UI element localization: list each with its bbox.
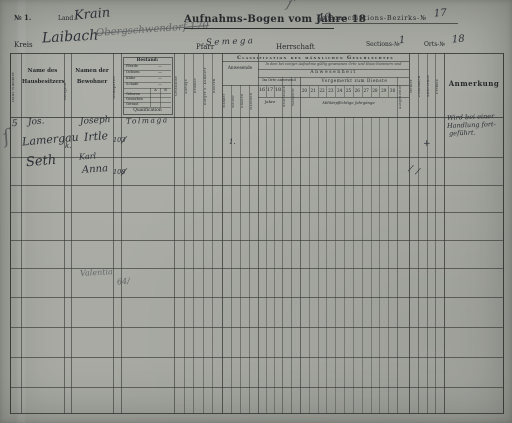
hw-year5: 64/: [117, 277, 131, 286]
grid-vline: [326, 117, 327, 414]
anwesenheit-header: Anwesenheit: [258, 70, 409, 75]
hw-inh5: Valentia: [80, 268, 113, 278]
grid-vline: [388, 117, 389, 414]
class-col-label-0: Geistliche: [175, 57, 183, 115]
age-cell: 26: [353, 89, 362, 94]
hw-land: Krain: [74, 6, 111, 22]
census-form-sheet: № 1. Land Aufnahms-Bogen vom Jahre 18 Co…: [0, 0, 512, 423]
mid-col-label-1: Wanderer: [292, 80, 300, 114]
hw-qual1: Tolmaga: [126, 116, 169, 125]
livestock-row-value: —: [158, 70, 162, 75]
vital-col-header: A: [151, 89, 160, 93]
livestock-row-label: Schafe: [126, 82, 138, 86]
age-cell: 25: [344, 89, 353, 94]
grid-vline: [397, 77, 398, 414]
grid-vline: [291, 77, 292, 414]
grid-vline: [362, 117, 363, 414]
grid-vline: [240, 85, 241, 414]
class-col-label-4: Bauern: [213, 57, 221, 115]
hw-slash1: /: [121, 136, 126, 146]
age-cell: 29: [379, 89, 388, 94]
grid-hline: [222, 61, 409, 62]
class-col-label-2: Beamte: [194, 57, 202, 115]
vital-row-label: Getraut: [126, 103, 138, 107]
grid-vline: [379, 117, 380, 414]
age-small-cell: 18: [274, 88, 282, 94]
anwesende-header: Anwesende: [222, 66, 258, 71]
age-cell: 23: [326, 89, 335, 94]
age-cell: 27: [362, 89, 371, 94]
livestock-row-value: —: [158, 82, 162, 87]
grid-vline: [266, 117, 267, 414]
grid-vline: [503, 53, 504, 414]
grid-hline: [10, 185, 503, 186]
hw-house-no: 5: [12, 120, 18, 129]
grid-vline: [249, 85, 250, 414]
hw-owner2: Seth: [25, 154, 56, 170]
livestock-row-label: Ochsen: [126, 70, 140, 74]
hw-mark-b: /: [415, 168, 420, 177]
hw-district-no: 17: [434, 9, 447, 20]
grid-hline: [10, 413, 503, 414]
hw-religion1: k.: [65, 143, 71, 150]
grid-vline: [300, 77, 301, 414]
anwesende-col-label-0: Männer: [223, 87, 231, 115]
livestock-title: Bestand:: [123, 58, 172, 63]
hw-year: 46: [317, 12, 332, 24]
grid-hline: [10, 53, 503, 54]
grid-vline: [21, 53, 22, 414]
right-col-label-1: Zusammen: [418, 57, 426, 115]
anwesende-col-label-1: Weiber: [232, 87, 240, 115]
grid-vline: [371, 117, 372, 414]
section-label: Sections-№: [366, 42, 400, 49]
classification-note-line: In dem bei voriger Aufnahme gültig gewes…: [258, 63, 409, 67]
age-cell: 28: [371, 89, 380, 94]
hw-inh2-line1: Karl: [79, 153, 97, 162]
anmerkung-header: Anmerkung: [444, 80, 504, 88]
grid-hline: [10, 387, 503, 388]
grid-vline: [231, 85, 232, 414]
hw-inh2-line2: Anna: [82, 164, 109, 176]
district-underline: [322, 23, 458, 24]
grid-vline: [258, 53, 259, 414]
livestock-row-value: —: [158, 64, 162, 69]
vital-col-header: B: [161, 89, 170, 93]
wohnpartei-column-label: Wohnpartei: [113, 62, 121, 114]
grid-hline: [222, 85, 409, 86]
hw-inh1-line1: Joseph: [80, 116, 111, 127]
grid-vline: [344, 117, 345, 414]
age-cell: 21: [309, 89, 318, 94]
grid-vline: [121, 53, 122, 414]
livestock-row-label: Pferde: [126, 64, 138, 68]
hw-inh1-line2: Irtle: [84, 130, 109, 143]
grid-hline: [10, 357, 503, 358]
age-cell: 24: [335, 89, 344, 94]
form-number: № 1.: [14, 14, 31, 22]
grid-hline: [258, 69, 409, 70]
hw-slash2: /: [121, 168, 126, 178]
age-cell: 30: [388, 89, 397, 94]
grid-vline: [335, 117, 336, 414]
hw-crossed: Obergschwendorf 170: [96, 21, 209, 39]
hw-section-no: 1: [399, 36, 406, 46]
hw-note-line3: geführt.: [449, 130, 476, 137]
grid-vline: [309, 117, 310, 414]
haus-nr-column-label: Haus-Nummer: [12, 60, 20, 114]
qualification-caption: Qualification: [123, 108, 172, 113]
ort-label: Orts-№: [424, 42, 445, 49]
age-small-cell: 17: [266, 88, 274, 94]
hw-owner1-line1: Jos.: [28, 117, 45, 127]
hw-mark-a: /: [408, 165, 413, 174]
anwesende-col-label-2: Knaben: [241, 87, 249, 115]
hw-class-mark1: 1.: [229, 139, 236, 146]
grid-vline: [274, 117, 275, 414]
jahre-caption: Jahre: [258, 100, 282, 105]
class-col-label-1: Adelige: [185, 57, 193, 115]
grid-hline: [258, 97, 409, 98]
grid-hline: [124, 107, 171, 108]
grid-vline: [444, 53, 445, 414]
age-cell: 22: [318, 89, 327, 94]
age-small-cell: 16: [258, 88, 266, 94]
right-col-label-2: Abwesende: [427, 57, 435, 115]
grid-hline: [258, 77, 409, 78]
religion-column-label: Religion: [64, 68, 72, 114]
livestock-row-value: —: [158, 76, 162, 81]
right-col-label-0: Weiber: [410, 57, 418, 115]
vital-row-label: Gestorben: [126, 98, 143, 102]
grid-vline: [318, 117, 319, 414]
land-label: Land: [58, 16, 73, 23]
vorgemerkt-header: Vorgemerkt zum Dienste: [300, 79, 409, 84]
inhabitants-column-header: Namen der Bewohner: [72, 66, 112, 89]
age-cell: 20: [300, 89, 309, 94]
class-col-label-3: Bürger u. Künstler: [204, 57, 212, 115]
grid-hline: [10, 240, 503, 241]
hw-kreis: Laibach: [42, 29, 99, 46]
grid-hline: [10, 212, 503, 213]
livestock-row-label: Kühe: [126, 76, 135, 80]
district-label: Conscriptions-Bezirks-№: [328, 15, 427, 22]
hw-plus-mark: +: [423, 140, 431, 149]
grid-hline: [10, 327, 503, 328]
hw-pfarr: Semega: [206, 37, 256, 47]
ages-caption: Militärpflichtige Jahrgänge: [300, 101, 397, 105]
hw-flourish-top: ſ: [285, 0, 294, 11]
grid-vline: [282, 77, 283, 414]
owner-column-header: Name des Hausbesitzers: [22, 66, 63, 89]
kreis-label: Kreis: [14, 41, 33, 49]
right-col-label-3: Fremde: [436, 57, 444, 115]
grid-vline: [10, 53, 11, 414]
hw-ort-no: 18: [452, 35, 465, 46]
anwesende-col-label-3: Mädchen: [250, 87, 258, 115]
grid-vline: [353, 117, 354, 414]
herrschaft-label: Herrschaft: [276, 43, 315, 51]
mid-col-label-0: Beurlaubte: [283, 80, 291, 114]
ausgediente-column-label: Ausgediente: [399, 80, 407, 114]
grid-hline: [10, 297, 503, 298]
